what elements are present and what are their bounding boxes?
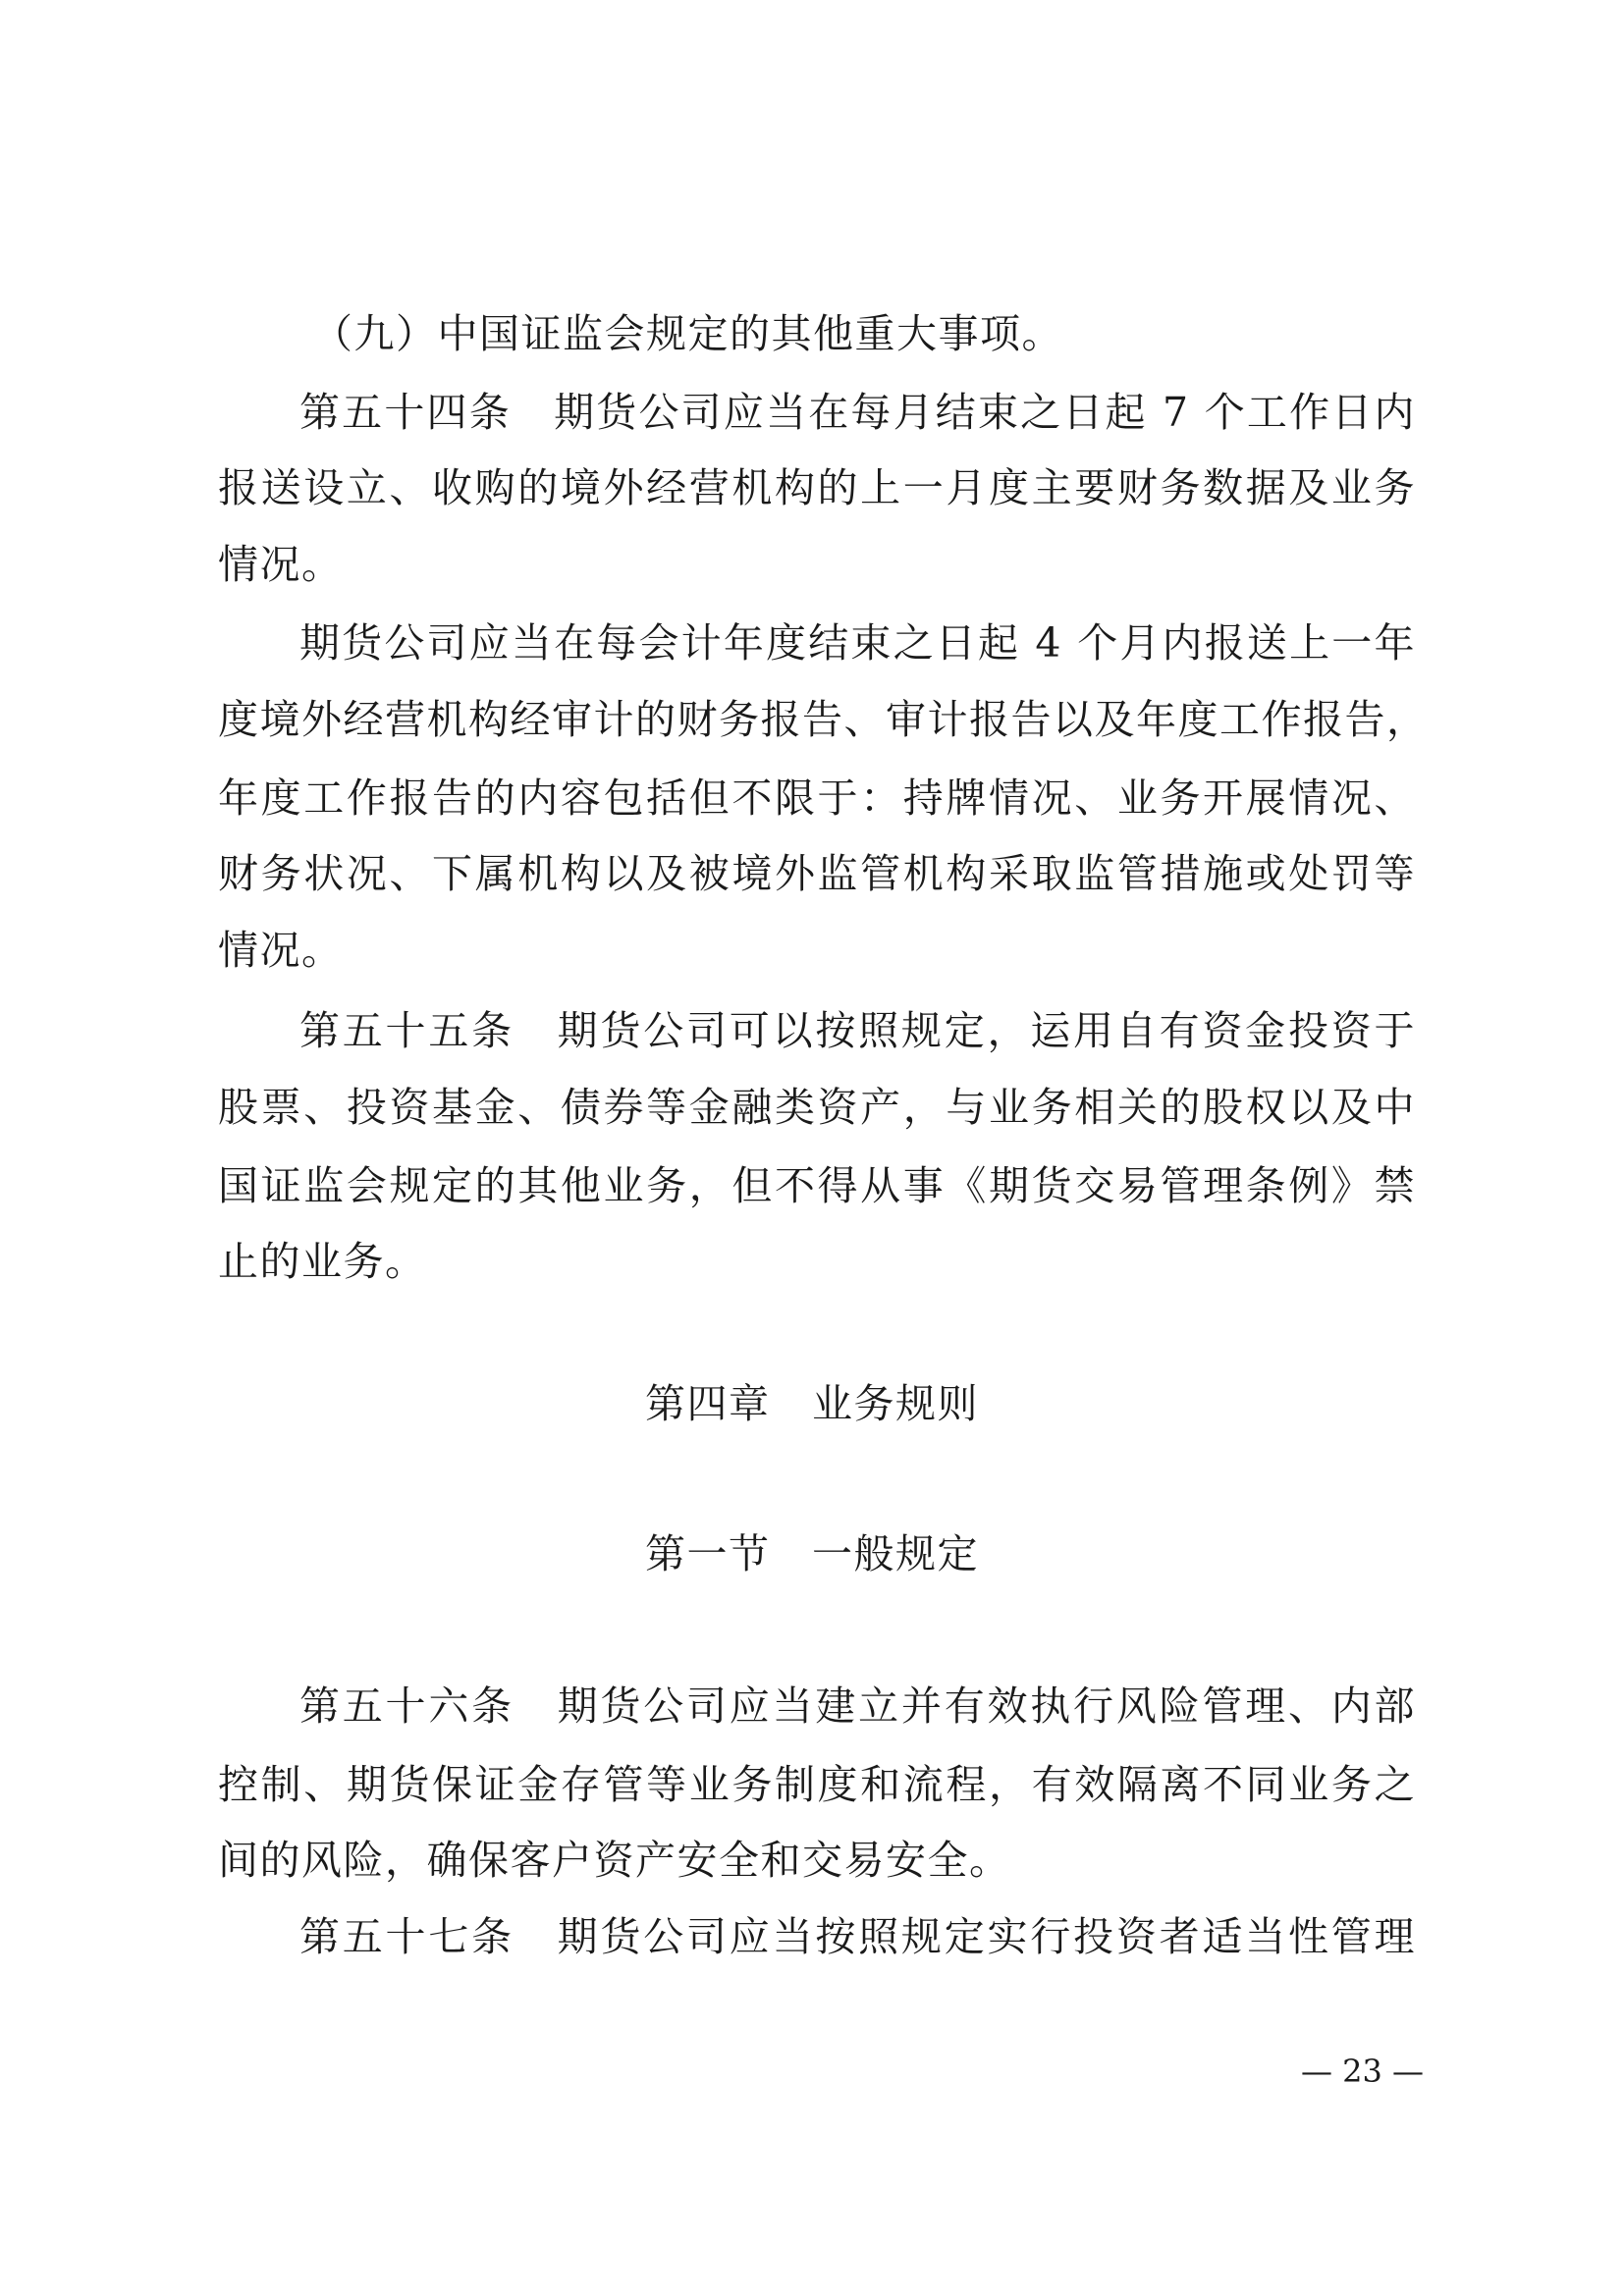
article-55-line-1: 第五十五条 期货公司可以按照规定，运用自有资金投资于 <box>299 1001 1416 1060</box>
article-56-line-3: 间的风险，确保客户资产安全和交易安全。 <box>218 1831 1416 1890</box>
article-54-p2-line-2: 度境外经营机构经审计的财务报告、审计报告以及年度工作报告， <box>218 690 1416 749</box>
article-56-line-2: 控制、期货保证金存管等业务制度和流程，有效隔离不同业务之 <box>218 1755 1416 1814</box>
section-heading: 第一节 一般规定 <box>0 1524 1624 1583</box>
page-number: — 23 — <box>1276 2052 1424 2091</box>
article-54-line-3: 情况。 <box>218 535 1416 594</box>
article-56-line-1: 第五十六条 期货公司应当建立并有效执行风险管理、内部 <box>299 1677 1416 1735</box>
article-55-line-2: 股票、投资基金、债券等金融类资产，与业务相关的股权以及中 <box>218 1078 1416 1137</box>
article-57-line-1: 第五十七条 期货公司应当按照规定实行投资者适当性管理 <box>299 1907 1416 1966</box>
article-54-p2-line-5: 情况。 <box>218 921 1416 980</box>
article-54-p2-line-3: 年度工作报告的内容包括但不限于：持牌情况、业务开展情况、 <box>218 769 1416 828</box>
chapter-heading: 第四章 业务规则 <box>0 1374 1624 1433</box>
article-54-p2-line-1: 期货公司应当在每会计年度结束之日起 4 个月内报送上一年 <box>299 614 1416 672</box>
article-54-line-1: 第五十四条 期货公司应当在每月结束之日起 7 个工作日内 <box>299 383 1416 442</box>
article-54-p2-line-4: 财务状况、下属机构以及被境外监管机构采取监管措施或处罚等 <box>218 844 1416 903</box>
article-55-line-3: 国证监会规定的其他业务，但不得从事《期货交易管理条例》禁 <box>218 1156 1416 1215</box>
item-9-line-1: （九）中国证监会规定的其他重大事项。 <box>312 304 1429 363</box>
article-55-line-4: 止的业务。 <box>218 1232 1416 1291</box>
article-54-line-2: 报送设立、收购的境外经营机构的上一月度主要财务数据及业务 <box>218 458 1416 517</box>
